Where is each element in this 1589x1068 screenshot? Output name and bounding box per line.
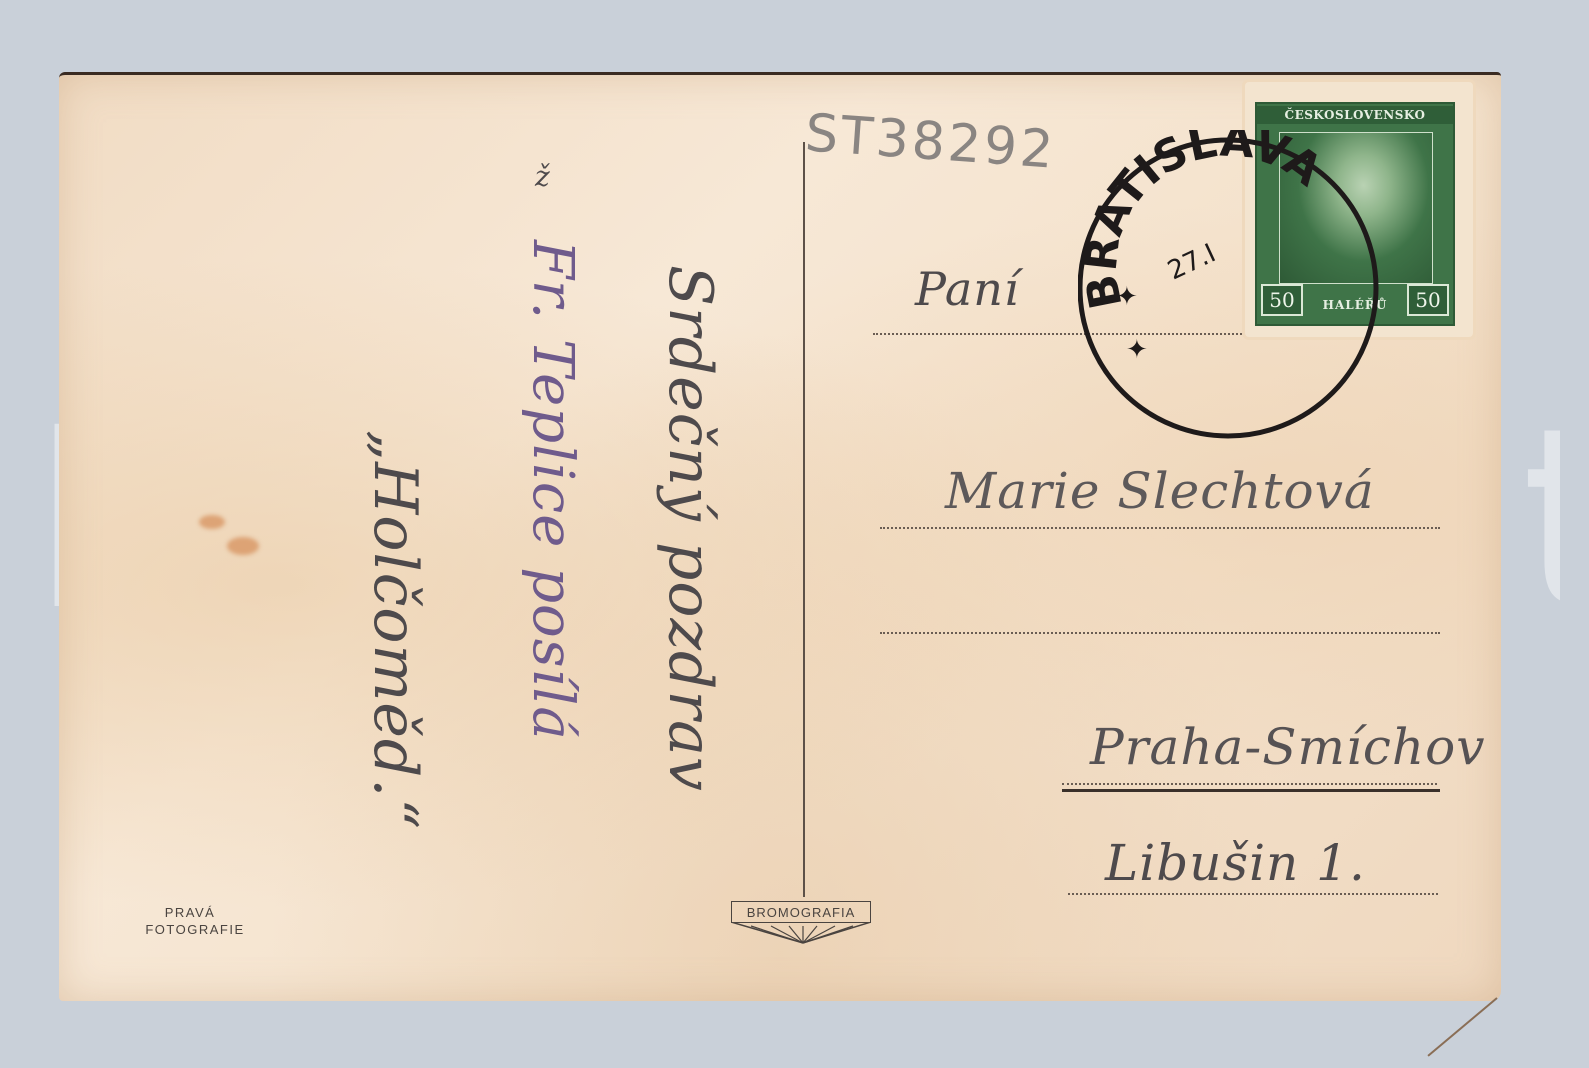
- stamp-country: ČESKOSLOVENSKO: [1257, 106, 1453, 124]
- address-salutation: Paní: [915, 262, 1020, 316]
- address-line-4: [1062, 783, 1437, 785]
- message-mark: ž: [535, 160, 551, 193]
- address-line-5: [1068, 893, 1438, 895]
- address-underline: [1062, 789, 1440, 792]
- message-line-3: „Holčoměd.“: [360, 430, 430, 830]
- message-line-2: Fr. Teplice posílá: [520, 240, 585, 741]
- address-line-2: [880, 527, 1440, 529]
- imprint-prava: PRAVÁ: [140, 905, 240, 920]
- stain: [199, 515, 225, 529]
- postmark-icon: BRATISLAVA 27.I ✦ ✦: [1078, 130, 1398, 450]
- address-city: Praha-Smíchov: [1090, 718, 1485, 776]
- address-street: Libušin 1.: [1105, 834, 1366, 892]
- bromografia-fan-icon: [731, 922, 871, 944]
- bromografia-logo: BROMOGRAFIA: [731, 901, 871, 923]
- address-line-3: [880, 632, 1440, 634]
- postmark-date: 27.I: [1163, 238, 1220, 286]
- imprint-fotografie: FOTOGRAFIE: [120, 922, 270, 937]
- stamp-value-right: 50: [1407, 284, 1449, 316]
- svg-text:✦: ✦: [1126, 334, 1148, 364]
- bromografia-text: BROMOGRAFIA: [747, 905, 856, 920]
- message-line-1: Srdečný pozdrav: [655, 265, 725, 792]
- address-name: Marie Slechtová: [945, 462, 1375, 520]
- corner-crease: [1427, 997, 1497, 1056]
- stain: [227, 537, 259, 555]
- svg-text:✦: ✦: [1116, 281, 1138, 311]
- center-divider: [803, 142, 805, 897]
